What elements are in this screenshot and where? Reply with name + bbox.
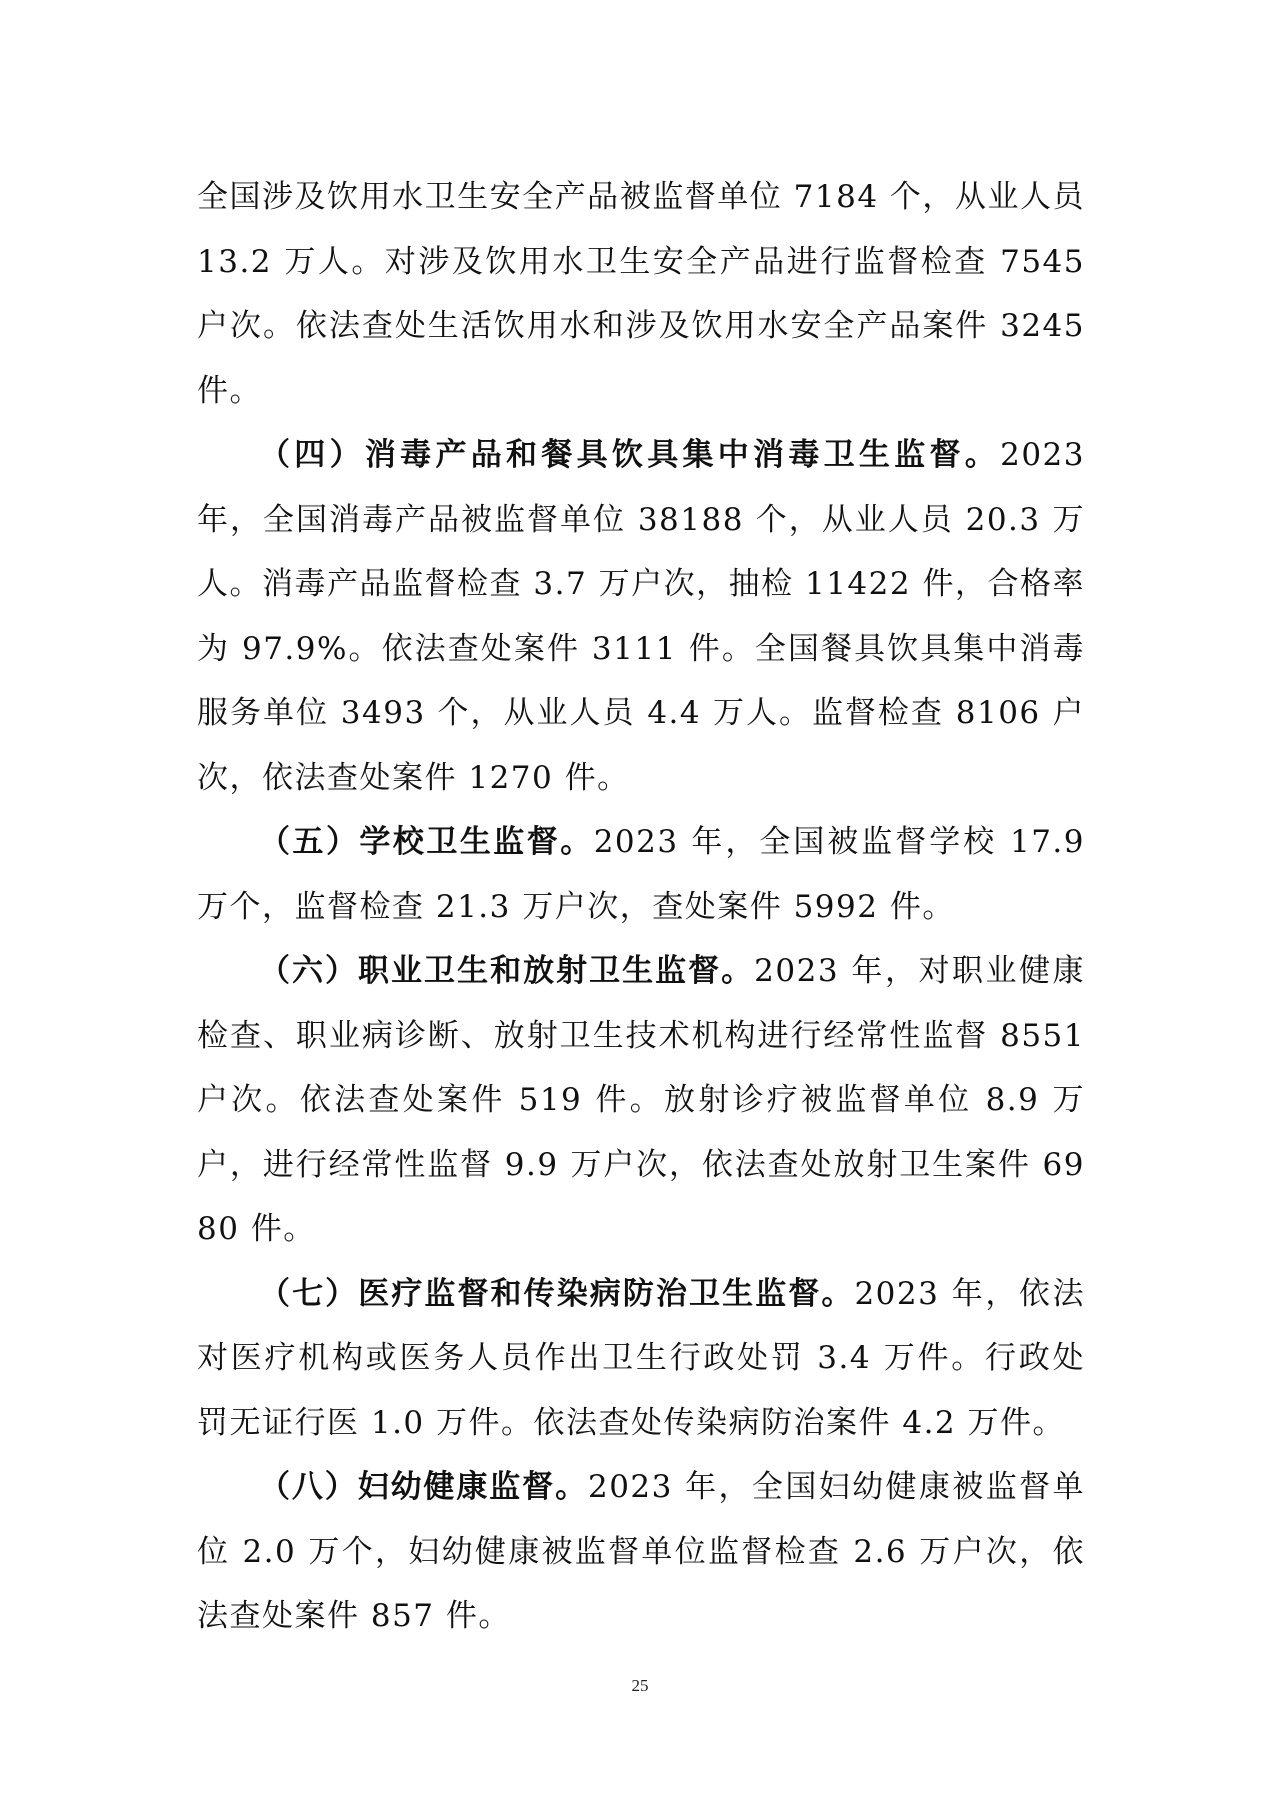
paragraph-medical-infectious: （七）医疗监督和传染病防治卫生监督。2023 年，依法对医疗机构或医务人员作出卫… <box>197 1262 1085 1456</box>
paragraph-school: （五）学校卫生监督。2023 年，全国被监督学校 17.9 万个，监督检查 21… <box>197 810 1085 939</box>
paragraph-disinfection: （四）消毒产品和餐具饮具集中消毒卫生监督。2023 年，全国消毒产品被监督单位 … <box>197 423 1085 810</box>
paragraph-text: 2023 年，对职业健康检查、职业病诊断、放射卫生技术机构进行经常性监督 855… <box>197 953 1085 1247</box>
paragraph-maternal-child: （八）妇幼健康监督。2023 年，全国妇幼健康被监督单位 2.0 万个，妇幼健康… <box>197 1455 1085 1649</box>
paragraph-text: 全国涉及饮用水卫生安全产品被监督单位 7184 个，从业人员 13.2 万人。对… <box>197 179 1085 409</box>
document-page-body: 全国涉及饮用水卫生安全产品被监督单位 7184 个，从业人员 13.2 万人。对… <box>197 165 1085 1649</box>
page-number: 25 <box>0 1676 1280 1696</box>
section-heading-occupational-radiation: （六）职业卫生和放射卫生监督。 <box>259 953 754 989</box>
section-heading-disinfection: （四）消毒产品和餐具饮具集中消毒卫生监督。 <box>259 437 1000 473</box>
paragraph-drinking-water: 全国涉及饮用水卫生安全产品被监督单位 7184 个，从业人员 13.2 万人。对… <box>197 165 1085 423</box>
paragraph-text: 2023 年，全国消毒产品被监督单位 38188 个，从业人员 20.3 万人。… <box>197 437 1085 796</box>
section-heading-medical-infectious: （七）医疗监督和传染病防治卫生监督。 <box>259 1276 854 1312</box>
section-heading-maternal-child: （八）妇幼健康监督。 <box>259 1469 588 1505</box>
paragraph-occupational-radiation: （六）职业卫生和放射卫生监督。2023 年，对职业健康检查、职业病诊断、放射卫生… <box>197 939 1085 1262</box>
section-heading-school: （五）学校卫生监督。 <box>259 824 594 860</box>
